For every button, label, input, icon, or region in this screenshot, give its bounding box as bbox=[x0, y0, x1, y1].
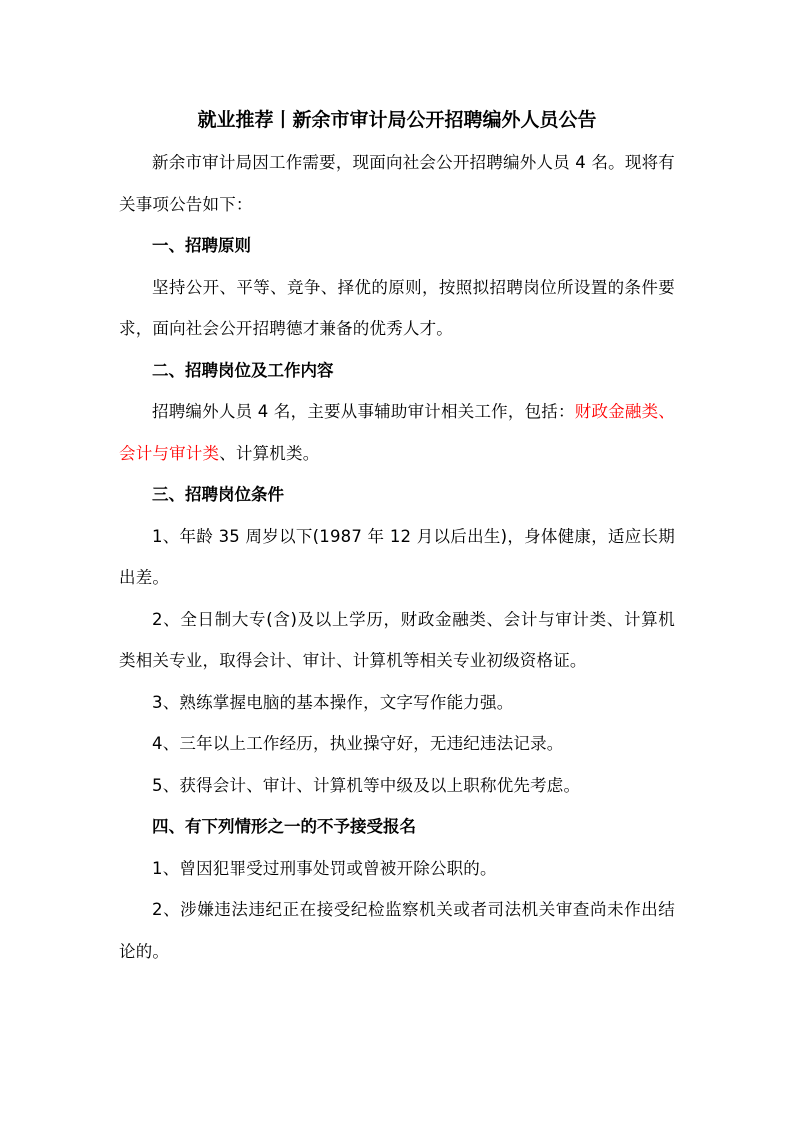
paragraph-text: 招聘编外人员 4 名，主要从事辅助审计相关工作，包括： bbox=[152, 402, 575, 421]
section-principles: 一、招聘原则 坚持公开、平等、竞争、择优的原则，按照拟招聘岗位所设置的条件要求，… bbox=[119, 225, 675, 350]
document-title: 就业推荐丨新余市审计局公开招聘编外人员公告 bbox=[119, 102, 675, 138]
section-requirements: 三、招聘岗位条件 1、年龄 35 周岁以下(1987 年 12 月以后出生)，身… bbox=[119, 474, 675, 806]
paragraph-text: 、计算机类。 bbox=[219, 444, 319, 463]
requirement-item: 4、三年以上工作经历，执业操守好，无违纪违法记录。 bbox=[119, 723, 675, 765]
exclusion-item: 2、涉嫌违法违纪正在接受纪检监察机关或者司法机关审查尚未作出结论的。 bbox=[119, 889, 675, 972]
requirement-item: 3、熟练掌握电脑的基本操作，文字写作能力强。 bbox=[119, 682, 675, 724]
section-heading: 二、招聘岗位及工作内容 bbox=[119, 350, 675, 392]
document-page: 就业推荐丨新余市审计局公开招聘编外人员公告 新余市审计局因工作需要，现面向社会公… bbox=[119, 102, 675, 972]
paragraph: 招聘编外人员 4 名，主要从事辅助审计相关工作，包括：财政金融类、会计与审计类、… bbox=[119, 391, 675, 474]
section-heading: 一、招聘原则 bbox=[119, 225, 675, 267]
exclusion-item: 1、曾因犯罪受过刑事处罚或曾被开除公职的。 bbox=[119, 848, 675, 890]
requirement-item: 1、年龄 35 周岁以下(1987 年 12 月以后出生)，身体健康，适应长期出… bbox=[119, 516, 675, 599]
requirement-item: 2、全日制大专(含)及以上学历，财政金融类、会计与审计类、计算机类相关专业，取得… bbox=[119, 599, 675, 682]
requirement-item: 5、获得会计、审计、计算机等中级及以上职称优先考虑。 bbox=[119, 765, 675, 807]
section-exclusions: 四、有下列情形之一的不予接受报名 1、曾因犯罪受过刑事处罚或曾被开除公职的。 2… bbox=[119, 806, 675, 972]
intro-paragraph: 新余市审计局因工作需要，现面向社会公开招聘编外人员 4 名。现将有关事项公告如下… bbox=[119, 142, 675, 225]
section-positions: 二、招聘岗位及工作内容 招聘编外人员 4 名，主要从事辅助审计相关工作，包括：财… bbox=[119, 350, 675, 475]
paragraph: 坚持公开、平等、竞争、择优的原则，按照拟招聘岗位所设置的条件要求，面向社会公开招… bbox=[119, 267, 675, 350]
section-heading: 三、招聘岗位条件 bbox=[119, 474, 675, 516]
section-heading: 四、有下列情形之一的不予接受报名 bbox=[119, 806, 675, 848]
